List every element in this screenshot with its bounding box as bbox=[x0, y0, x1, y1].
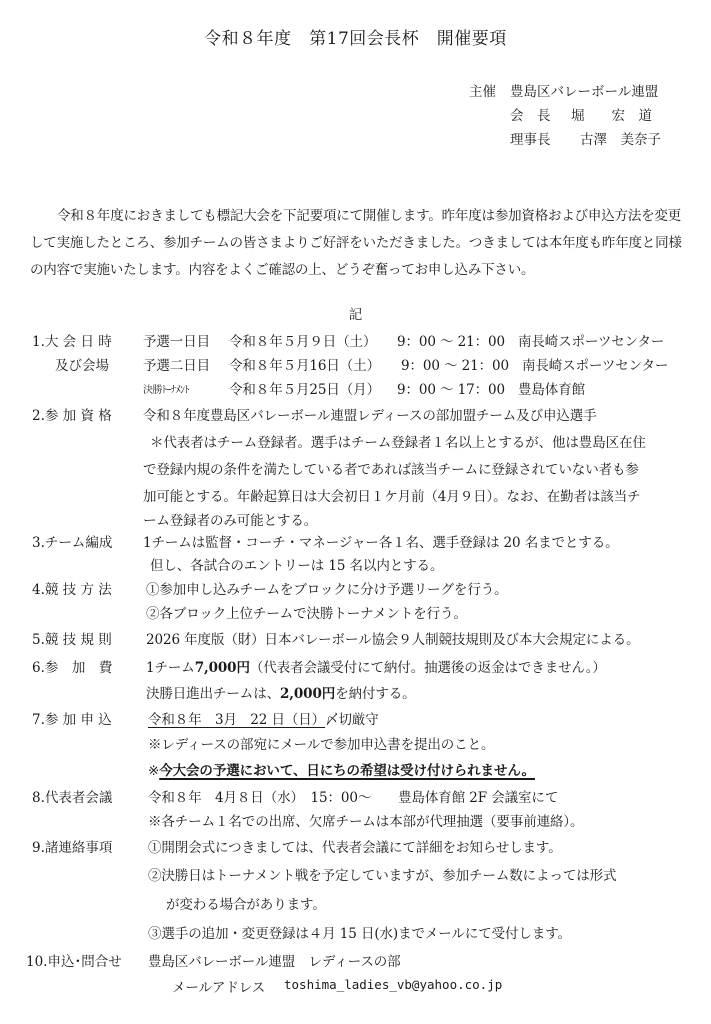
president-name: 堀 宏 道 bbox=[571, 104, 652, 124]
venue: 南長崎スポーツセンター bbox=[518, 330, 664, 350]
section-label-2: 及び会場 bbox=[55, 354, 109, 374]
text-line: 2026 年度版（財）日本バレーボール協会９人制競技規則及び本大会規定による。 bbox=[146, 628, 639, 648]
text-line: ③選手の追加・変更登録は４月 15 日(水)までメールにて受付します。 bbox=[148, 922, 571, 942]
text-line: ＊代表者はチーム登録者。選手はチーム登録者１名以上とするが、他は豊島区在住 bbox=[150, 431, 646, 451]
chair-label: 理事長 bbox=[510, 128, 551, 148]
section-label: 4.競 技 方 法 bbox=[32, 578, 112, 598]
date: 令和８年５月９日（土） bbox=[229, 330, 376, 350]
president-label: 会 長 bbox=[510, 104, 551, 124]
email-label: メールアドレス bbox=[172, 976, 265, 996]
text-line: ①開閉会式につきましては、代表者会議にて詳細をお知らせします。 bbox=[148, 836, 562, 856]
section-label: 10.申込･問合せ bbox=[26, 950, 122, 970]
text-line: ※レディースの部宛にメールで参加申込書を提出のこと。 bbox=[148, 733, 494, 753]
fee-line: 1チーム7,000円（代表者会議受付にて納付。抽選後の返金はできません。） bbox=[146, 656, 606, 676]
stage: 予選一日目 bbox=[143, 330, 210, 350]
host-name: 豊島区バレーボール連盟 bbox=[510, 80, 658, 100]
text-line: ②各ブロック上位チームで決勝トーナメントを行う。 bbox=[146, 602, 467, 622]
text-line: 令和８年 4月８日（水） 15：00～ 豊島体育館 2F 会議室にて bbox=[148, 786, 558, 806]
text: 決勝日進出チームは、 bbox=[146, 686, 280, 702]
text-line: ※各チーム１名での出席、欠席チームは本部が代理抽選（要事前連絡）。 bbox=[148, 810, 583, 830]
note-mark: ※ bbox=[148, 763, 159, 779]
stage: 決勝ﾄｰﾅﾒﾝﾄ bbox=[143, 381, 189, 396]
section-label: 6.参 加 費 bbox=[32, 656, 112, 676]
text-line: 令和８年度豊島区バレーボール連盟レディースの部加盟チーム及び申込選手 bbox=[143, 404, 597, 424]
text-line: 加可能とする。年齢起算日は大会初日１ケ月前（4月９日）。なお、在勤者は該当チ bbox=[143, 485, 641, 505]
date: 令和８年５月25日（月） bbox=[229, 378, 380, 398]
finals-fee-line: 決勝日進出チームは、2,000円を納付する。 bbox=[146, 682, 416, 702]
time: 9：00 ～ 21：00 bbox=[401, 354, 509, 374]
section-label: 3.チーム編成 bbox=[32, 531, 112, 551]
text-line: ②決勝日はトーナメント戦を予定していますが、参加チーム数によっては形式 bbox=[148, 864, 616, 884]
text: （代表者会議受付にて納付。抽選後の返金はできません。） bbox=[250, 660, 606, 676]
text-line: 豊島区バレーボール連盟 レディースの部 bbox=[148, 950, 401, 970]
host-label: 主催 bbox=[469, 80, 496, 100]
chair-name: 古澤 美奈子 bbox=[580, 128, 661, 148]
deadline-date: 令和８年 3月 22 日（日） bbox=[148, 712, 325, 728]
email-address[interactable]: toshima_ladies_vb@yahoo.co.jp bbox=[284, 977, 502, 992]
section-label: 2.参 加 資 格 bbox=[32, 404, 112, 424]
text: 1チーム bbox=[146, 660, 195, 676]
deadline-suffix: 〆切厳守 bbox=[325, 712, 379, 728]
intro-paragraph: 令和８年度におきましても標記大会を下記要項にて開催します。昨年度は参加資格および… bbox=[30, 203, 690, 284]
warning-line: ※今大会の予選において、日にちの希望は受け付けられません。 bbox=[148, 759, 535, 779]
warning-text: 今大会の予選において、日にちの希望は受け付けられません。 bbox=[159, 763, 535, 779]
text-line: ーム登録者のみ可能とする。 bbox=[143, 509, 317, 529]
stage: 予選二日目 bbox=[143, 354, 210, 374]
venue: 南長崎スポーツセンター bbox=[522, 354, 668, 374]
text-line: ①参加申し込みチームをブロックに分け予選リーグを行う。 bbox=[146, 578, 508, 598]
text-line: 但し、各試合のエントリーは 15 名以内とする。 bbox=[150, 554, 443, 574]
section-label: 7.参 加 申 込 bbox=[32, 708, 112, 728]
text-line: が変わる場合があります。 bbox=[166, 893, 326, 913]
section-label: 5.競 技 規 則 bbox=[32, 628, 112, 648]
date: 令和８年５月16日（土） bbox=[229, 354, 380, 374]
time: 9：00 ～ 17：00 bbox=[397, 378, 505, 398]
text-line: 1チームは監督・コーチ・マネージャー各１名、選手登録は 20 名までとする。 bbox=[143, 531, 619, 551]
finals-fee-amount: 2,000円 bbox=[280, 686, 335, 702]
text-line: で登録内規の条件を満たしている者であれば該当チームに登録されていない者も参 bbox=[143, 458, 639, 478]
time: 9：00 ～ 21：00 bbox=[397, 330, 505, 350]
ki-heading: 記 bbox=[0, 303, 711, 323]
fee-amount: 7,000円 bbox=[195, 660, 250, 676]
text: を納付する。 bbox=[335, 686, 415, 702]
section-label: 9.諸連絡事項 bbox=[32, 836, 112, 856]
document-title: 令和８年度 第17回会長杯 開催要項 bbox=[0, 24, 711, 49]
section-label: 1.大 会 日 時 bbox=[32, 330, 112, 350]
venue: 豊島体育館 bbox=[518, 378, 585, 398]
deadline-line: 令和８年 3月 22 日（日）〆切厳守 bbox=[148, 708, 379, 728]
section-label: 8.代表者会議 bbox=[32, 786, 112, 806]
